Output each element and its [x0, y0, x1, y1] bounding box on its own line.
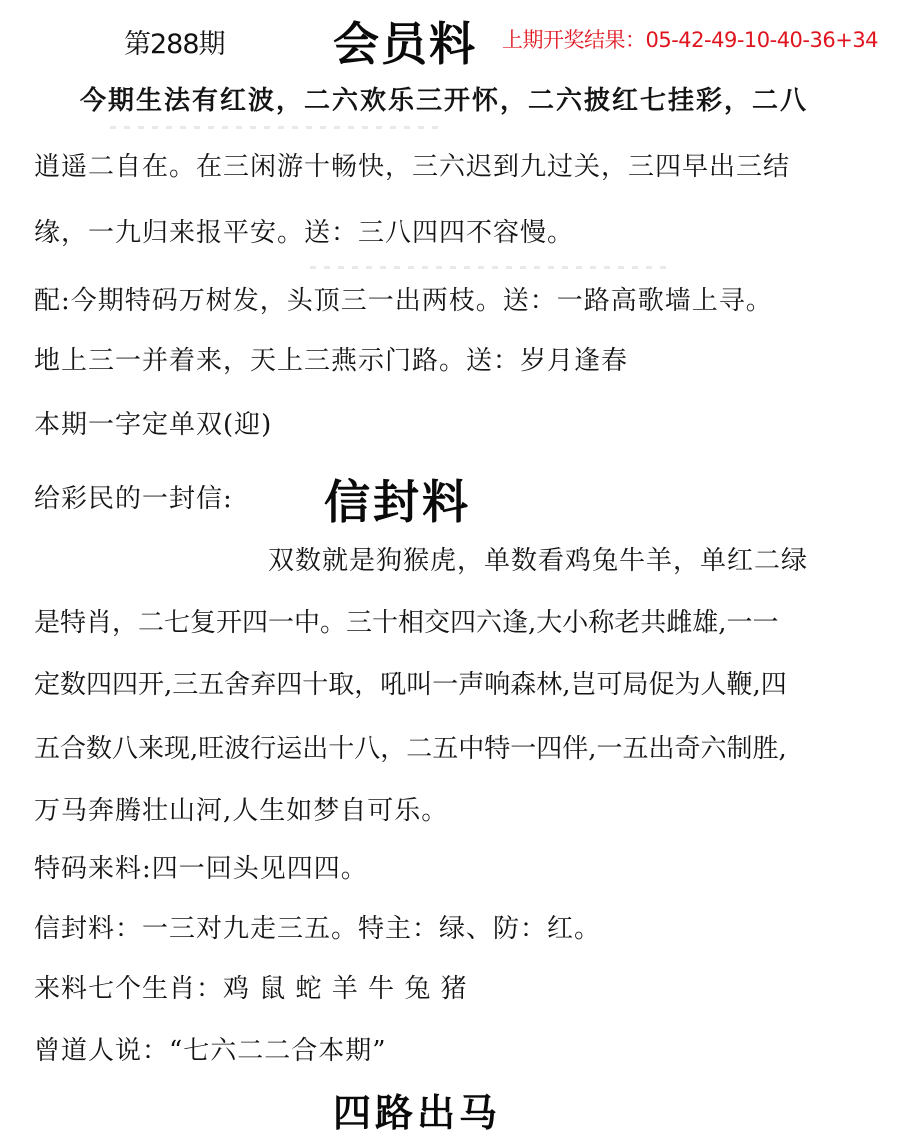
- last-result-numbers: 05-42-49-10-40-36+34: [646, 28, 879, 52]
- member-line-3: 缘，一九归来报平安。送：三八四四不容慢。: [34, 212, 574, 249]
- member-line-2: 逍遥二自在。在三闲游十畅快，三六迟到九过关，三四早出三结: [34, 146, 790, 183]
- member-line-5: 地上三一并着来，天上三燕示门路。送：岁月逢春: [34, 340, 628, 377]
- letter-line-5: 万马奔腾壮山河,人生如梦自可乐。: [34, 790, 448, 827]
- letter-line-4: 五合数八来现,旺波行运出十八，二五中特一四伴,一五出奇六制胜,: [34, 728, 787, 765]
- letter-line-1: 双数就是狗猴虎，单数看鸡兔牛羊，单红二绿: [268, 540, 808, 577]
- letter-line-3: 定数四四开,三五舍弃四十取，吼叫一声响森林,岂可局促为人鞭,四: [34, 664, 787, 701]
- last-result-label: 上期开奖结果：: [502, 28, 646, 52]
- member-line-4: 配:今期特码万树发，头顶三一出两枝。送：一路高歌墙上寻。: [34, 280, 773, 317]
- footer-heading: 四路出马: [333, 1082, 501, 1137]
- special-code-line: 特码来料:四一回头见四四。: [34, 848, 368, 885]
- member-line-6: 本期一字定单双(迎): [34, 404, 272, 441]
- letter-heading: 信封料: [324, 466, 471, 532]
- letter-intro-label: 给彩民的一封信:: [34, 478, 233, 515]
- page-title: 会员料: [333, 8, 477, 74]
- envelope-material-line: 信封料：一三对九走三五。特主：绿、防：红。: [34, 908, 601, 945]
- last-result: 上期开奖结果：05-42-49-10-40-36+34: [502, 24, 878, 54]
- letter-line-2: 是特肖，二七复开四一中。三十相交四六逢,大小称老共雌雄,一一: [34, 602, 779, 639]
- quote-line: 曾道人说：“七六二二合本期”: [34, 1030, 387, 1067]
- zodiac-line: 来料七个生肖：鸡 鼠 蛇 羊 牛 兔 猪: [34, 968, 468, 1005]
- scan-artifact: [310, 266, 670, 269]
- scan-artifact: [110, 126, 440, 129]
- member-line-1: 今期生法有红波，二六欢乐三开怀，二六披红七挂彩，二八: [80, 80, 808, 117]
- issue-number: 第288期: [124, 22, 225, 61]
